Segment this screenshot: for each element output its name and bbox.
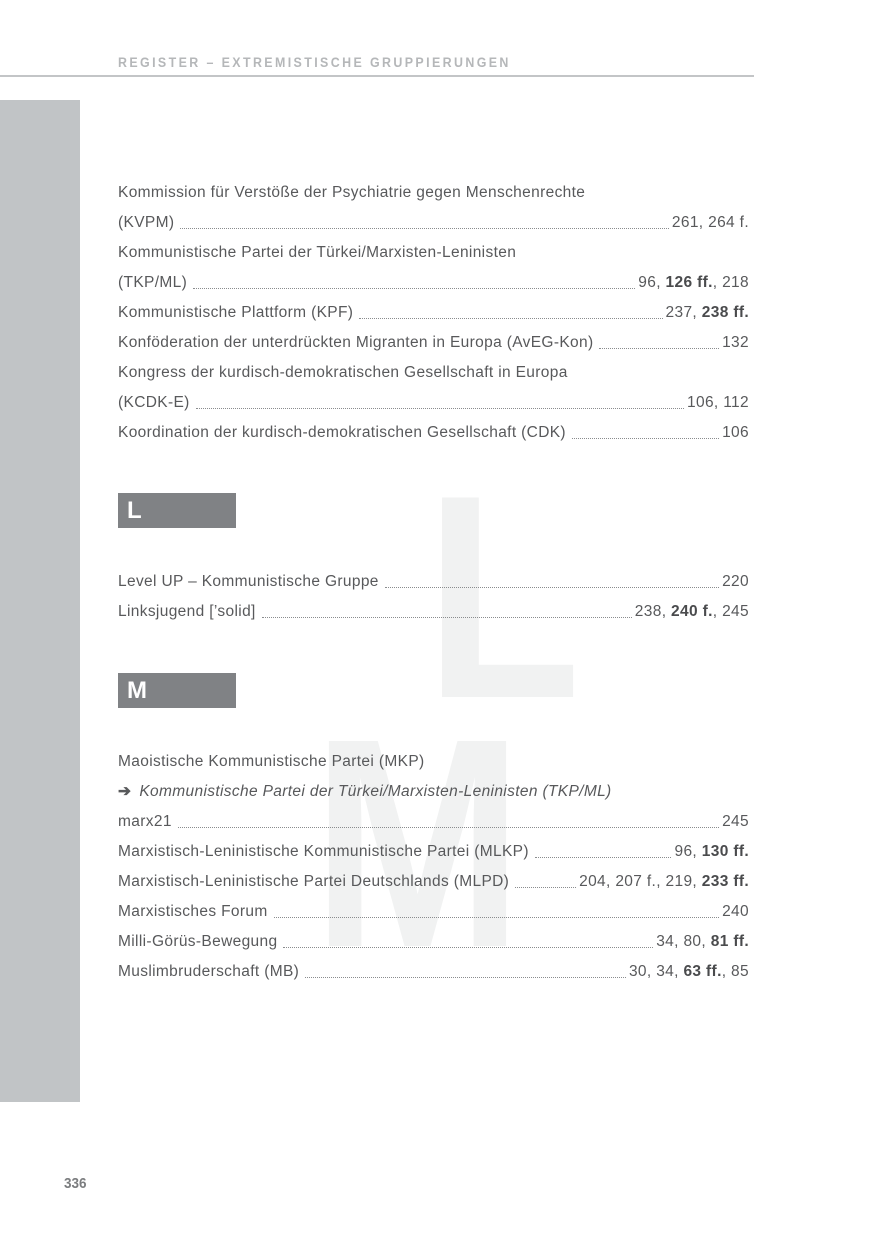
entry-name: marx21 xyxy=(118,810,172,834)
dot-leader xyxy=(359,317,662,319)
entry-name: Konföderation der unterdrückten Migrante… xyxy=(118,331,593,355)
page-ref: 261, 264 f. xyxy=(672,214,749,231)
entry-name: Maoistische Kommunistische Partei (MKP) xyxy=(118,750,425,774)
sidebar-bar xyxy=(0,100,80,1102)
dot-leader xyxy=(385,586,719,588)
page-references: 106, 112 xyxy=(687,391,749,415)
page-ref: 132 xyxy=(722,334,749,351)
page-ref-main: 130 ff. xyxy=(702,843,749,860)
index-entry: Kommunistische Partei der Türkei/Marxist… xyxy=(118,241,749,265)
page-ref: 106 xyxy=(722,424,749,441)
page-ref-main: 63 ff. xyxy=(683,963,721,980)
entry-name: Marxistisch-Leninistische Partei Deutsch… xyxy=(118,870,509,894)
page-references: 238, 240 f., 245 xyxy=(635,600,749,624)
page-references: 204, 207 f., 219, 233 ff. xyxy=(579,870,749,894)
page-ref: 240 xyxy=(722,903,749,920)
page-ref-main: 240 f. xyxy=(671,603,713,620)
index-entry: Marxistisches Forum240 xyxy=(118,900,749,924)
index-entry: Milli-Görüs-Bewegung34, 80, 81 ff. xyxy=(118,930,749,954)
dot-leader xyxy=(196,407,684,409)
page-ref: , 85 xyxy=(722,963,749,980)
page-ref: , 245 xyxy=(713,603,749,620)
entry-name: Kommission für Verstöße der Psychiatrie … xyxy=(118,181,585,205)
page-references: 132 xyxy=(722,331,749,355)
entry-name: Marxistisches Forum xyxy=(118,900,268,924)
index-entry: Kommission für Verstöße der Psychiatrie … xyxy=(118,181,749,205)
see-also-reference: Kommunistische Partei der Türkei/Marxist… xyxy=(139,780,611,804)
index-entry: (KCDK-E)106, 112 xyxy=(118,391,749,415)
entry-name: Kommunistische Partei der Türkei/Marxist… xyxy=(118,241,516,265)
page-references: 34, 80, 81 ff. xyxy=(656,930,749,954)
page-ref-main: 81 ff. xyxy=(711,933,749,950)
index-entry: Marxistisch-Leninistische Kommunistische… xyxy=(118,840,749,864)
page-ref: 245 xyxy=(722,813,749,830)
page-ref: 220 xyxy=(722,573,749,590)
index-entry: (KVPM)261, 264 f. xyxy=(118,211,749,235)
page-ref: 238, xyxy=(635,603,671,620)
page-ref: 96, xyxy=(674,843,701,860)
page-references: 261, 264 f. xyxy=(672,211,749,235)
dot-leader xyxy=(180,227,669,229)
page-ref: 237, xyxy=(666,304,702,321)
entry-name: Linksjugend [’solid] xyxy=(118,600,256,624)
entry-name: Marxistisch-Leninistische Kommunistische… xyxy=(118,840,529,864)
page-references: 220 xyxy=(722,570,749,594)
index-entry: marx21245 xyxy=(118,810,749,834)
page-ref-main: 233 ff. xyxy=(702,873,749,890)
arrow-right-icon: ➔ xyxy=(118,780,131,804)
entry-name: (TKP/ML) xyxy=(118,271,187,295)
section-header-m: M xyxy=(118,673,236,708)
entry-name: Kongress der kurdisch-demokratischen Ges… xyxy=(118,361,568,385)
page-ref: 34, 80, xyxy=(656,933,711,950)
entry-name: Muslimbruderschaft (MB) xyxy=(118,960,299,984)
header-rule xyxy=(0,75,754,77)
dot-leader xyxy=(305,976,626,978)
running-head: REGISTER – EXTREMISTISCHE GRUPPIERUNGEN xyxy=(118,55,511,70)
entry-name: Level UP – Kommunistische Gruppe xyxy=(118,570,379,594)
index-entry: Muslimbruderschaft (MB)30, 34, 63 ff., 8… xyxy=(118,960,749,984)
page-references: 96, 130 ff. xyxy=(674,840,749,864)
page-ref: 106, 112 xyxy=(687,394,749,411)
page-ref-main: 238 ff. xyxy=(702,304,749,321)
index-entry: ➔Kommunistische Partei der Türkei/Marxis… xyxy=(118,780,749,804)
index-entry: Marxistisch-Leninistische Partei Deutsch… xyxy=(118,870,749,894)
entry-name: (KVPM) xyxy=(118,211,174,235)
page-ref-main: 126 ff. xyxy=(666,274,713,291)
dot-leader xyxy=(193,287,635,289)
dot-leader xyxy=(599,347,719,349)
section-header-l: L xyxy=(118,493,236,528)
dot-leader xyxy=(283,946,653,948)
dot-leader xyxy=(262,616,632,618)
page-ref: 204, 207 f., 219, xyxy=(579,873,702,890)
page-references: 245 xyxy=(722,810,749,834)
index-entry: Kongress der kurdisch-demokratischen Ges… xyxy=(118,361,749,385)
index-entry: (TKP/ML)96, 126 ff., 218 xyxy=(118,271,749,295)
index-entry: Kommunistische Plattform (KPF)237, 238 f… xyxy=(118,301,749,325)
page-references: 237, 238 ff. xyxy=(666,301,749,325)
index-entry: Linksjugend [’solid]238, 240 f., 245 xyxy=(118,600,749,624)
page-references: 96, 126 ff., 218 xyxy=(638,271,749,295)
page-references: 240 xyxy=(722,900,749,924)
index-entry: Maoistische Kommunistische Partei (MKP) xyxy=(118,750,749,774)
page-references: 30, 34, 63 ff., 85 xyxy=(629,960,749,984)
dot-leader xyxy=(515,886,576,888)
page-number: 336 xyxy=(64,1175,87,1192)
dot-leader xyxy=(274,916,719,918)
dot-leader xyxy=(178,826,719,828)
page-ref: 30, 34, xyxy=(629,963,684,980)
page-ref: , 218 xyxy=(713,274,749,291)
index-entry: Konföderation der unterdrückten Migrante… xyxy=(118,331,749,355)
entry-name: (KCDK-E) xyxy=(118,391,190,415)
dot-leader xyxy=(535,856,672,858)
entry-name: Koordination der kurdisch-demokratischen… xyxy=(118,421,566,445)
index-entry: Level UP – Kommunistische Gruppe220 xyxy=(118,570,749,594)
dot-leader xyxy=(572,437,719,439)
section-letter: M xyxy=(127,677,147,704)
entry-name: Milli-Görüs-Bewegung xyxy=(118,930,277,954)
index-entry: Koordination der kurdisch-demokratischen… xyxy=(118,421,749,445)
entry-name: Kommunistische Plattform (KPF) xyxy=(118,301,353,325)
section-letter: L xyxy=(127,497,142,524)
page-ref: 96, xyxy=(638,274,665,291)
page-references: 106 xyxy=(722,421,749,445)
